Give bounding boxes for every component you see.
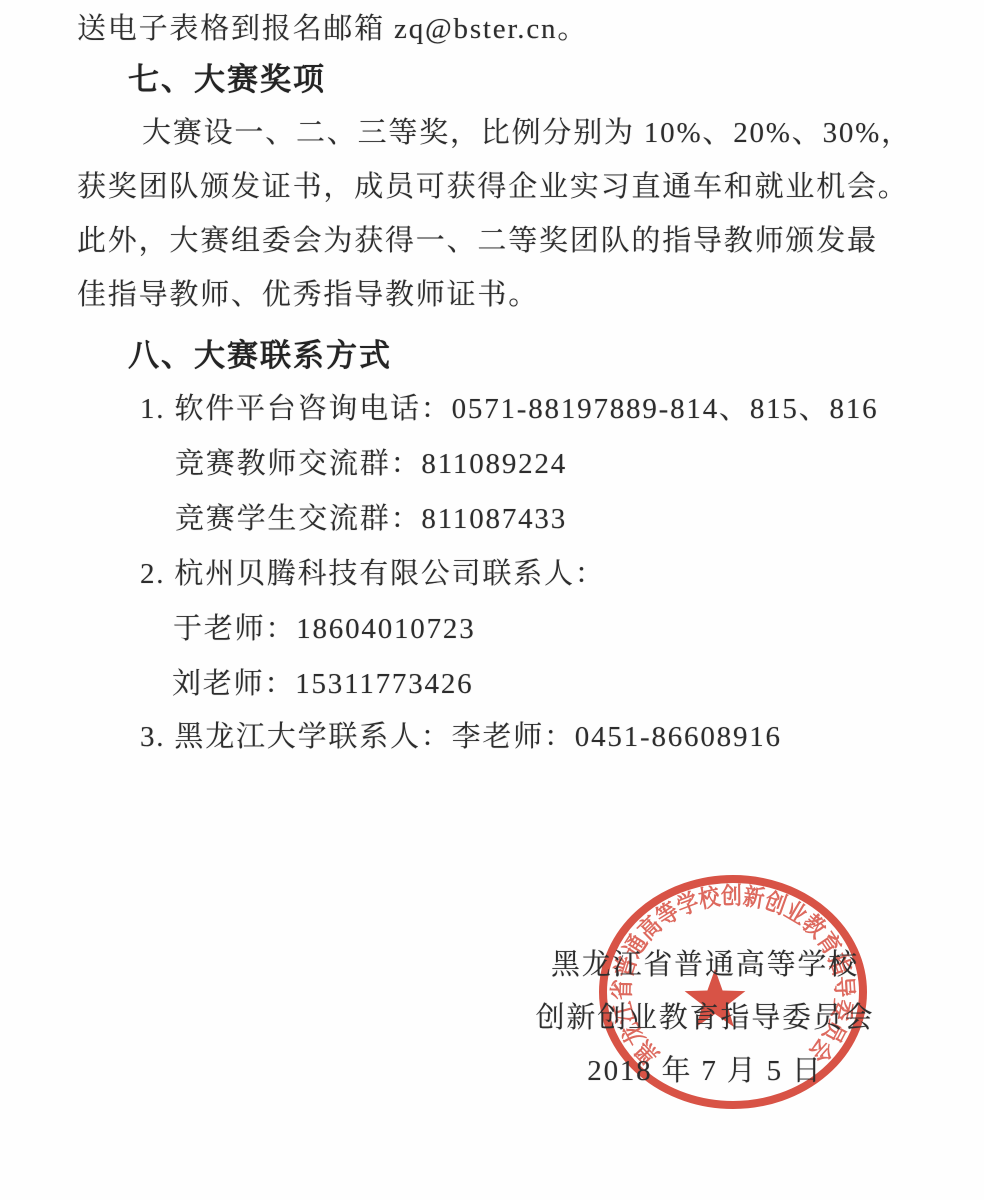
contact-line-teacher-liu: 刘老师：15311773426 [172, 661, 473, 702]
awards-paragraph-line-1: 大赛设一、二、三等奖，比例分别为 10%、20%、30%， [142, 110, 912, 151]
awards-paragraph-line-2: 获奖团队颁发证书，成员可获得企业实习直通车和就业机会。 [77, 164, 909, 205]
signature-org-line-1: 黑龙江省普通高等学校 [500, 942, 910, 983]
contact-line-teacher-group: 竞赛教师交流群：811089224 [175, 441, 567, 482]
contact-line-platform-phone: 1. 软件平台咨询电话：0571-88197889-814、815、816 [140, 386, 878, 427]
contact-line-teacher-yu: 于老师：18604010723 [173, 606, 476, 647]
document-page: 送电子表格到报名邮箱 zq@bster.cn。 七、大赛奖项 大赛设一、二、三等… [0, 0, 984, 1200]
contact-line-university: 3. 黑龙江大学联系人：李老师：0451-86608916 [140, 714, 782, 755]
intro-line: 送电子表格到报名邮箱 zq@bster.cn。 [77, 6, 588, 47]
section-8-heading: 八、大赛联系方式 [128, 330, 392, 375]
contact-line-company: 2. 杭州贝腾科技有限公司联系人： [140, 551, 606, 592]
awards-paragraph-line-3: 此外，大赛组委会为获得一、二等奖团队的指导教师颁发最 [77, 218, 878, 259]
signature-org-line-2: 创新创业教育指导委员会 [500, 995, 910, 1036]
signature-date: 2018 年 7 月 5 日 [500, 1048, 910, 1089]
awards-paragraph-line-4: 佳指导教师、优秀指导教师证书。 [77, 272, 539, 313]
contact-line-student-group: 竞赛学生交流群：811087433 [175, 496, 567, 537]
section-7-heading: 七、大赛奖项 [128, 54, 326, 99]
